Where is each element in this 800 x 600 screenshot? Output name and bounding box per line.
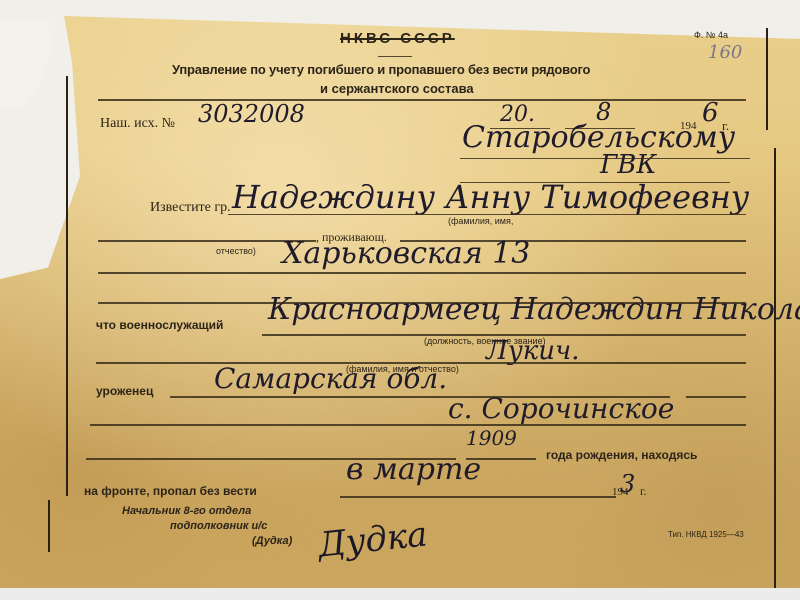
department-line-2: и сержантского состава xyxy=(320,81,474,96)
page-number: 160 xyxy=(708,42,742,63)
header-divider xyxy=(378,56,412,57)
header-rule xyxy=(98,99,746,101)
recipient-org-line-2: ГВК xyxy=(600,150,656,180)
rule xyxy=(340,496,616,498)
recipient-org-line-1: Старобельскому xyxy=(462,120,735,155)
department-line-1: Управление по учету погибшего и пропавше… xyxy=(172,62,590,77)
margin-line xyxy=(66,76,68,496)
missing-year-unit: г. xyxy=(640,484,647,499)
margin-line xyxy=(766,28,768,130)
form-number: Ф. № 4а xyxy=(694,30,728,40)
printer-mark: Тип. НКВД 1925—43 xyxy=(668,530,744,539)
birthplace-label: уроженец xyxy=(96,384,153,398)
outgoing-number: 3032008 xyxy=(198,100,305,128)
recipient-address: Харьковская 13 xyxy=(282,236,530,271)
birthplace-region: Самарская обл. xyxy=(214,362,447,395)
caption-patronymic: отчество) xyxy=(216,246,256,256)
birth-text: года рождения, находясь xyxy=(546,448,697,462)
caption-name: (фамилия, имя, xyxy=(448,216,513,226)
outgoing-label: Наш. исх. № xyxy=(100,116,175,132)
soldier-label: что военнослужащий xyxy=(96,318,223,332)
margin-line xyxy=(48,500,50,552)
birth-year: 1909 xyxy=(466,426,517,450)
rule xyxy=(686,396,746,398)
missing-when: в марте xyxy=(346,452,481,487)
missing-label: на фронте, пропал без вести xyxy=(84,484,257,498)
signer-title-2: подполковник и/с xyxy=(170,520,267,532)
recipient-name: Надеждину Анну Тимофеевну xyxy=(232,178,749,216)
background-strip xyxy=(0,588,800,600)
birthplace-village: с. Сорочинское xyxy=(448,392,674,425)
margin-line xyxy=(774,148,776,588)
signer-name: (Дудка) xyxy=(252,535,292,547)
notify-label: Известите гр. xyxy=(150,200,231,216)
torn-corner xyxy=(0,18,70,108)
missing-year-suffix: 3 xyxy=(620,470,635,498)
signer-title-1: Начальник 8-го отдела xyxy=(122,505,251,517)
rule xyxy=(228,214,746,215)
soldier-rank-name: Красноармеец Надеждин Николай xyxy=(268,292,800,327)
rule xyxy=(98,272,746,274)
crossed-out-header: НКВС СССР xyxy=(340,30,455,47)
rule xyxy=(90,424,746,426)
